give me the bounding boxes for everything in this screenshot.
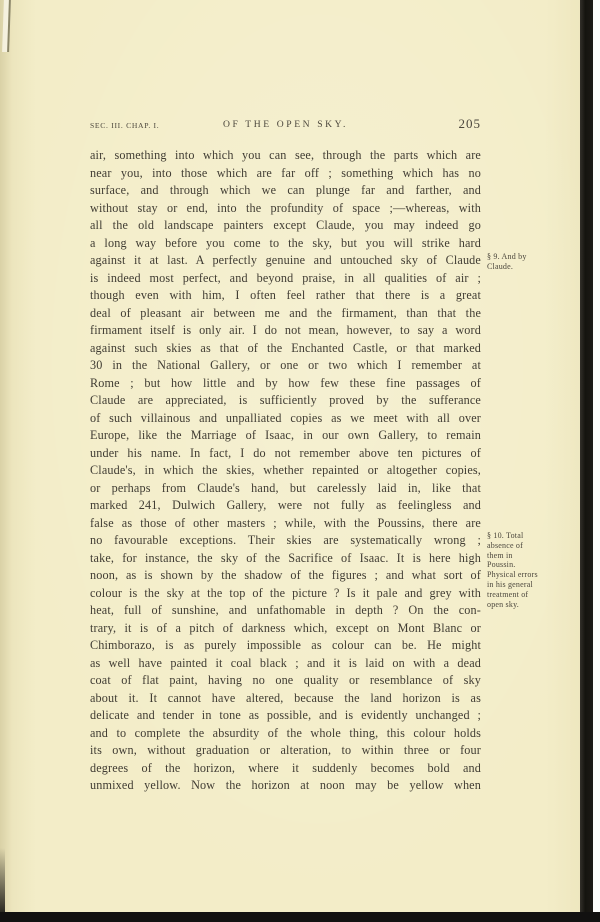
- text-line: 30 in the National Gallery, or one or tw…: [90, 357, 481, 375]
- text-line: take, for instance, the sky of the Sacri…: [90, 550, 481, 568]
- text-line: Chimborazo, is as purely impossible as c…: [90, 637, 481, 655]
- text-line: Claude's, in which the skies, whether re…: [90, 462, 481, 480]
- text-line: though even with him, I often feel rathe…: [90, 287, 481, 305]
- scanned-book-page: SEC. III. CHAP. I. OF THE OPEN SKY. 205 …: [0, 0, 600, 922]
- text-line: all the old landscape painters except Cl…: [90, 217, 481, 235]
- text-line: them in: [487, 551, 579, 561]
- text-line: Rome ; but how little and by how few the…: [90, 375, 481, 393]
- text-line: § 9. And by: [487, 252, 579, 262]
- text-line: or perhaps from Claude's hand, but carel…: [90, 480, 481, 498]
- text-line: degrees of the horizon, where it suddenl…: [90, 760, 481, 778]
- sidenote-section-9: § 9. And byClaude.: [487, 252, 579, 272]
- text-line: § 10. Total: [487, 531, 579, 541]
- text-line: under his name. In fact, I do not rememb…: [90, 445, 481, 463]
- text-line: false as those of other masters ; while,…: [90, 515, 481, 533]
- text-line: Europe, like the Marriage of Isaac, in o…: [90, 427, 481, 445]
- body-text: air, something into which you can see, t…: [90, 147, 481, 795]
- text-line: is indeed most perfect, and beyond prais…: [90, 270, 481, 288]
- text-line: surface, and through which we can plunge…: [90, 182, 481, 200]
- text-line: air, something into which you can see, t…: [90, 147, 481, 165]
- text-line: Physical errors: [487, 570, 579, 580]
- text-line: open sky.: [487, 600, 579, 610]
- text-line: its own, without graduation or alteratio…: [90, 742, 481, 760]
- text-line: without stay or end, into the profundity…: [90, 200, 481, 218]
- text-line: colour is the sky at the top of the pict…: [90, 585, 481, 603]
- text-line: Claude.: [487, 262, 579, 272]
- header-title: OF THE OPEN SKY.: [90, 119, 481, 130]
- text-line: absence of: [487, 541, 579, 551]
- text-line: a long way before you come to the sky, b…: [90, 235, 481, 253]
- text-line: unmixed yellow. Now the horizon at noon …: [90, 777, 481, 795]
- scan-edge-bottom: [0, 912, 600, 922]
- scan-corner-artifact: [2, 0, 11, 52]
- text-line: Poussin.: [487, 560, 579, 570]
- text-line: treatment of: [487, 590, 579, 600]
- running-header: SEC. III. CHAP. I. OF THE OPEN SKY. 205: [90, 112, 481, 132]
- text-line: coat of flat paint, having no one qualit…: [90, 672, 481, 690]
- text-line: trary, it is of a pitch of darkness whic…: [90, 620, 481, 638]
- page-paper: SEC. III. CHAP. I. OF THE OPEN SKY. 205 …: [0, 0, 580, 912]
- text-line: marked 241, Dulwich Gallery, were not fu…: [90, 497, 481, 515]
- text-line: about it. It cannot have altered, becaus…: [90, 690, 481, 708]
- text-line: firmament itself is only air. I do not m…: [90, 322, 481, 340]
- text-line: in his general: [487, 580, 579, 590]
- text-line: as well have painted it coal black ; and…: [90, 655, 481, 673]
- text-line: deal of pleasant air between me and the …: [90, 305, 481, 323]
- sidenote-section-10: § 10. Totalabsence ofthem inPoussin.Phys…: [487, 531, 579, 609]
- text-line: near you, into those which are far off ;…: [90, 165, 481, 183]
- text-line: noon, as is shown by the shadow of the f…: [90, 567, 481, 585]
- page-number: 205: [459, 116, 482, 132]
- text-line: of such villainous and unpalliated copie…: [90, 410, 481, 428]
- text-line: and to complete the absurdity of the who…: [90, 725, 481, 743]
- scan-edge-right: [580, 0, 593, 912]
- scan-margin-white-right: [593, 0, 600, 912]
- text-line: delicate and tender in tone as possible,…: [90, 707, 481, 725]
- text-line: against it at last. A perfectly genuine …: [90, 252, 481, 270]
- scan-edge-left-shadow: [0, 848, 5, 912]
- text-line: no favourable exceptions. Their skies ar…: [90, 532, 481, 550]
- text-line: Claude are appreciated, is sufficiently …: [90, 392, 481, 410]
- text-line: heat, full of sunshine, and unfathomable…: [90, 602, 481, 620]
- text-line: against such skies as that of the Enchan…: [90, 340, 481, 358]
